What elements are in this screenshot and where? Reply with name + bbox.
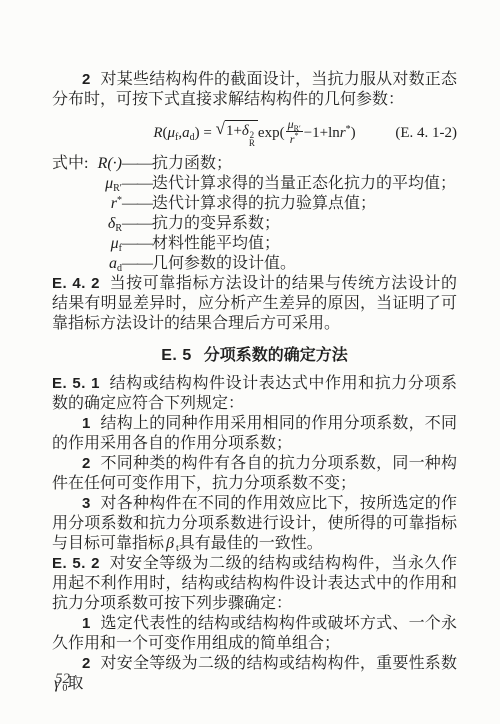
delta-subscript: R	[249, 139, 255, 147]
r-superscript: *	[294, 131, 298, 140]
symbol-definition-row: μf —— 材料性能平均值；	[52, 234, 457, 254]
paren: )	[195, 125, 200, 141]
square-root: √1+δ2R	[216, 120, 258, 147]
symbol-definition-row: r* —— 迭代计算求得的抗力验算点值；	[52, 194, 457, 214]
page-number: 52	[55, 671, 70, 688]
equation: R(μf,ad) = √1+δ2Rexp(μR′r*−1+lnr*)	[153, 125, 355, 141]
symbol-base: μ	[105, 175, 113, 192]
fraction-denominator: r*	[290, 132, 299, 145]
definition-text: 迭代计算求得的当量正态化抗力的平均值；	[152, 174, 457, 194]
item-number: 2	[82, 71, 90, 88]
list-item: 2对安全等级为二级的结构或结构构件，重要性系数γ0取	[52, 654, 457, 694]
item-text: 对安全等级为二级的结构或结构构件，重要性系数	[100, 655, 457, 672]
clause-label: E. 5. 2	[52, 555, 100, 572]
equation-block: R(μf,ad) = √1+δ2Rexp(μR′r*−1+lnr*) (E. 4…	[52, 115, 457, 151]
mu-symbol: μ	[168, 125, 176, 141]
clause-text: 当按可靠指标方法设计的结果与传统方法设计的结果有明显差异时，应分析产生差异的原因…	[52, 275, 457, 332]
item-number: 2	[82, 455, 90, 472]
definition-text: 迭代计算求得的抗力验算点值；	[152, 194, 457, 214]
symbol-subscript: R′	[113, 183, 122, 194]
item-number: 2	[82, 655, 90, 672]
symbol: r*	[111, 194, 122, 214]
symbol-base: R(·)	[98, 155, 122, 172]
clause-label: E. 4. 2	[52, 275, 100, 292]
definition-text: 抗力函数；	[152, 154, 457, 174]
definition-dash: ——	[122, 214, 152, 234]
clause-label: E. 5. 1	[52, 375, 100, 392]
symbol: R(·)	[98, 154, 122, 174]
section-title: 分项系数的确定方法	[204, 347, 348, 364]
clause-text: 结构或结构构件设计表达式中作用和抗力分项系数的确定应符合下列规定：	[52, 375, 457, 412]
definition-text: 抗力的变异系数；	[152, 214, 457, 234]
beta-symbol: β	[166, 535, 174, 552]
radical-icon: √	[216, 119, 225, 146]
exp-operator: exp(	[258, 125, 285, 141]
item-number: 1	[82, 415, 90, 432]
list-item: 1结构上的同种作用采用相同的作用分项系数，不同的作用采用各自的作用分项系数；	[52, 414, 457, 454]
list-item: 2不同种类的构件有各自的抗力分项系数，同一种构件在任何可变作用下，抗力分项系数不…	[52, 454, 457, 494]
symbol-definition-row: 式中:R(·) —— 抗力函数；	[52, 154, 457, 174]
delta-symbol: δ	[242, 123, 249, 139]
section-number: E. 5	[161, 347, 191, 364]
symbol: ad	[109, 254, 122, 274]
symbol: δR	[108, 214, 122, 234]
item-text: 不同种类的构件有各自的抗力分项系数，同一种构件在任何可变作用下，抗力分项系数不变…	[52, 455, 457, 492]
definition-text: 几何参数的设计值。	[152, 254, 457, 274]
definition-dash: ——	[122, 194, 152, 214]
section-heading: E. 5分项系数的确定方法	[52, 346, 457, 366]
definition-dash: ——	[122, 254, 152, 274]
item-text: 结构上的同种作用采用相同的作用分项系数，不同的作用采用各自的作用分项系数；	[52, 415, 457, 452]
symbol-base: a	[109, 255, 117, 272]
fraction-numerator: μR′	[286, 118, 303, 132]
definition-dash: ——	[122, 234, 152, 254]
symbol-base: μ	[111, 235, 119, 252]
document-page: 2对某些结构构件的截面设计，当抗力服从对数正态分布时，可按下式直接求解结构构件的…	[0, 0, 500, 724]
item-number: 1	[82, 615, 90, 632]
symbol-subscript: R	[115, 223, 122, 234]
symbol: μR′	[105, 174, 122, 194]
clause-paragraph: E. 5. 1结构或结构构件设计表达式中作用和抗力分项系数的确定应符合下列规定：	[52, 374, 457, 414]
symbol-definition-row: ad —— 几何参数的设计值。	[52, 254, 457, 274]
definition-text: 材料性能平均值；	[152, 234, 457, 254]
equation-number: (E. 4. 1-2)	[395, 115, 457, 151]
equals-sign: =	[203, 125, 211, 141]
a-symbol: a	[182, 125, 190, 141]
definition-dash: ——	[122, 154, 152, 174]
fraction: μR′r*	[286, 118, 303, 145]
clause-paragraph: 2对某些结构构件的截面设计，当抗力服从对数正态分布时，可按下式直接求解结构构件的…	[52, 70, 457, 110]
equation-tail: −1+ln	[304, 125, 340, 141]
clause-text: 对安全等级为二级的结构或结构构件，当永久作用起不利作用时，结构或结构构件设计表达…	[52, 555, 457, 612]
list-item: 3对各种构件在不同的作用效应比下，按所选定的作用分项系数和抗力分项系数进行设计，…	[52, 494, 457, 554]
page-body-text: 2对某些结构构件的截面设计，当抗力服从对数正态分布时，可按下式直接求解结构构件的…	[52, 70, 457, 694]
list-item: 1选定代表性的结构或结构构件或破坏方式、一个永久作用和一个可变作用组成的简单组合…	[52, 614, 457, 654]
symbol-definition-row: δR —— 抗力的变异系数；	[52, 214, 457, 234]
clause-paragraph: E. 4. 2当按可靠指标方法设计的结果与传统方法设计的结果有明显差异时，应分析…	[52, 274, 457, 334]
where-intro: 式中:	[52, 154, 88, 174]
symbol: μf	[111, 234, 122, 254]
item-text: 具有最佳的一致性。	[179, 535, 323, 552]
paren: )	[351, 125, 356, 141]
function-symbol: R	[153, 125, 162, 141]
radicand-prefix: 1+	[226, 123, 242, 139]
paragraph-text: 对某些结构构件的截面设计，当抗力服从对数正态分布时，可按下式直接求解结构构件的几…	[52, 71, 457, 108]
item-number: 3	[82, 495, 90, 512]
symbol-definition-row: μR′ —— 迭代计算求得的当量正态化抗力的平均值；	[52, 174, 457, 194]
definition-dash: ——	[122, 174, 152, 194]
item-text: 选定代表性的结构或结构构件或破坏方式、一个永久作用和一个可变作用组成的简单组合；	[52, 615, 457, 652]
clause-paragraph: E. 5. 2对安全等级为二级的结构或结构构件，当永久作用起不利作用时，结构或结…	[52, 554, 457, 614]
where-clause-list: 式中:R(·) —— 抗力函数； μR′ —— 迭代计算求得的当量正态化抗力的平…	[52, 154, 457, 274]
